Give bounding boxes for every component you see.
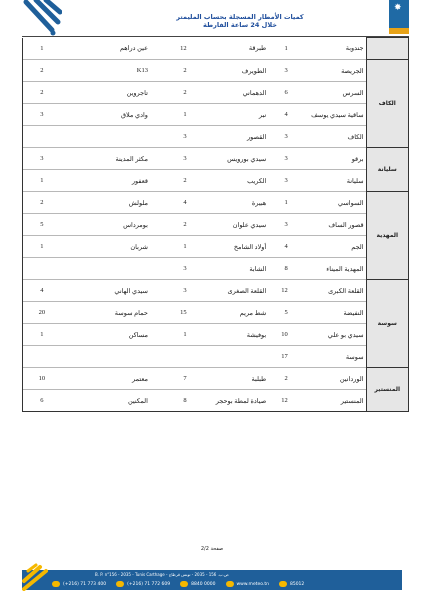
rainfall-value-cell: 20 [23, 302, 61, 324]
station-name-cell: الدهماني [189, 82, 269, 104]
rainfall-value-cell: 3 [268, 170, 289, 192]
fax-icon [116, 581, 124, 587]
station-name-cell: قصور الساف [290, 214, 366, 236]
station-name-cell: بوفيشة [189, 324, 269, 346]
table-row: سليانةبرقو3سيدي بورويس3مكثر المدينة3 [23, 148, 409, 170]
rainfall-value-cell: 7 [150, 368, 189, 390]
station-name-cell: سيدي الهاني [61, 280, 150, 302]
rainfall-value-cell: 1 [150, 324, 189, 346]
station-name-cell: تاجروين [61, 82, 150, 104]
station-name-cell: السرس [290, 82, 366, 104]
rainfall-value-cell: 12 [268, 390, 289, 412]
station-name-cell: جندوبة [290, 38, 366, 60]
station-name-cell: صيادة لمطة بوحجر [189, 390, 269, 412]
station-name-cell: حمام سوسة [61, 302, 150, 324]
footer-address: B. P. n°156 - 2035 - Tunis Carthage - ص.… [95, 572, 229, 577]
station-name-cell: شربان [61, 236, 150, 258]
table-row: المنستير12صيادة لمطة بوحجر8المكنين6 [23, 390, 409, 412]
rainfall-value-cell: 2 [150, 214, 189, 236]
region-cell: المهدية [366, 192, 408, 280]
station-name-cell: شط مريم [189, 302, 269, 324]
station-name-cell: سوسة [290, 346, 366, 368]
station-name-cell: الشابة [189, 258, 269, 280]
region-cell: المنستير [366, 368, 408, 412]
rainfall-value-cell: 5 [268, 302, 289, 324]
rainfall-value-cell: 2 [150, 60, 189, 82]
phone-icon [52, 581, 60, 587]
rainfall-value-cell [150, 346, 189, 368]
table-row: جندوبة1طبرقة12عين دراهم1 [23, 38, 409, 60]
table-row: النفيضة5شط مريم15حمام سوسة20 [23, 302, 409, 324]
rainfall-value-cell: 2 [150, 170, 189, 192]
region-cell [366, 38, 408, 60]
rainfall-value-cell: 3 [268, 148, 289, 170]
rainfall-value-cell: 10 [23, 368, 61, 390]
rainfall-value-cell: 15 [150, 302, 189, 324]
station-name-cell: سليانة [290, 170, 366, 192]
table-row: المهدية الميناء8الشابة3 [23, 258, 409, 280]
table-row: الكاف3القصور3 [23, 126, 409, 148]
station-name-cell: النفيضة [290, 302, 366, 324]
station-name-cell: برقو [290, 148, 366, 170]
station-name-cell: القلعة الكبرى [290, 280, 366, 302]
rainfall-value-cell: 8 [150, 390, 189, 412]
station-name-cell [61, 126, 150, 148]
hotline-icon [180, 581, 188, 587]
station-name-cell: السواسي [290, 192, 366, 214]
rainfall-value-cell: 3 [23, 104, 61, 126]
station-name-cell: قعفور [61, 170, 150, 192]
rainfall-value-cell [23, 126, 61, 148]
station-name-cell: وادي ملاق [61, 104, 150, 126]
rainfall-value-cell: 2 [23, 192, 61, 214]
page-number: صفحة 2/2 [0, 546, 424, 552]
table-row: قصور الساف3سيدي علوان2بومرداس5 [23, 214, 409, 236]
region-cell: الكاف [366, 60, 408, 148]
station-name-cell [61, 258, 150, 280]
rainfall-value-cell: 1 [268, 192, 289, 214]
station-name-cell: المنستير [290, 390, 366, 412]
station-name-cell: ساقية سيدي يوسف [290, 104, 366, 126]
rainfall-value-cell: 3 [150, 148, 189, 170]
station-name-cell [61, 346, 150, 368]
rainfall-value-cell: 3 [150, 280, 189, 302]
rainfall-value-cell: 4 [268, 236, 289, 258]
station-name-cell: K13 [61, 60, 150, 82]
contact-sms[interactable]: 85012 [279, 581, 304, 587]
station-name-cell: معتمر [61, 368, 150, 390]
rainfall-value-cell: 1 [150, 236, 189, 258]
rainfall-value-cell: 1 [150, 104, 189, 126]
station-name-cell: الكريب [189, 170, 269, 192]
table-row: ساقية سيدي يوسف4نبر1وادي ملاق3 [23, 104, 409, 126]
title-line-2: خلال 24 ساعة الفارطة [140, 21, 340, 29]
rainfall-value-cell: 17 [268, 346, 289, 368]
station-name-cell: المكنين [61, 390, 150, 412]
rainfall-value-cell: 1 [23, 236, 61, 258]
web-icon [226, 581, 234, 587]
station-name-cell: طبرقة [189, 38, 269, 60]
rainfall-value-cell: 4 [268, 104, 289, 126]
rainfall-value-cell: 4 [150, 192, 189, 214]
station-name-cell: هبيرة [189, 192, 269, 214]
station-name-cell: سيدي علوان [189, 214, 269, 236]
station-name-cell: نبر [189, 104, 269, 126]
station-name-cell: الوردانين [290, 368, 366, 390]
station-name-cell: الكاف [290, 126, 366, 148]
rainfall-value-cell: 3 [23, 148, 61, 170]
station-name-cell: طبلبة [189, 368, 269, 390]
table-row: سوسةالقلعة الكبرى12القلعة الصغرى3سيدي ال… [23, 280, 409, 302]
rainfall-value-cell: 6 [23, 390, 61, 412]
rainfall-value-cell: 3 [268, 60, 289, 82]
rainfall-value-cell: 2 [268, 368, 289, 390]
station-name-cell: أولاد الشامخ [189, 236, 269, 258]
station-name-cell: الجم [290, 236, 366, 258]
rainfall-value-cell: 1 [23, 324, 61, 346]
rainfall-value-cell: 8 [268, 258, 289, 280]
rainfall-value-cell: 1 [23, 38, 61, 60]
rainfall-value-cell: 3 [268, 126, 289, 148]
station-name-cell: مساكن [61, 324, 150, 346]
title-line-1: كميات الأمطار المسجلة بحساب المليمتر [140, 13, 340, 21]
table-row: الكافالجريصة3الطويرف2K132 [23, 60, 409, 82]
table-row: المنستيرالوردانين2طبلبة7معتمر10 [23, 368, 409, 390]
station-name-cell [189, 346, 269, 368]
rainfall-value-cell: 1 [23, 170, 61, 192]
station-name-cell: سيدي بو علي [290, 324, 366, 346]
region-cell: سليانة [366, 148, 408, 192]
institute-emblem-logo: ✸ [389, 0, 409, 34]
table-row: السرس6الدهماني2تاجروين2 [23, 82, 409, 104]
emblem-band [389, 28, 409, 34]
table-row: سوسة17 [23, 346, 409, 368]
contact-fax[interactable]: (+216) 71 772 609 [116, 581, 170, 587]
rainfall-value-cell: 12 [150, 38, 189, 60]
rainfall-value-cell: 6 [268, 82, 289, 104]
rainfall-value-cell: 3 [268, 214, 289, 236]
station-name-cell: عين دراهم [61, 38, 150, 60]
rainfall-table: جندوبة1طبرقة12عين دراهم1الكافالجريصة3الط… [22, 37, 409, 412]
contact-hotline[interactable]: 8840 0000 [180, 581, 215, 587]
rainfall-value-cell [23, 258, 61, 280]
station-name-cell: المهدية الميناء [290, 258, 366, 280]
rainfall-value-cell: 2 [150, 82, 189, 104]
station-name-cell: بومرداس [61, 214, 150, 236]
contact-website[interactable]: www.meteo.tn [226, 581, 269, 587]
table-row: سليانة3الكريب2قعفور1 [23, 170, 409, 192]
page-title: كميات الأمطار المسجلة بحساب المليمتر خلا… [140, 13, 340, 29]
rainfall-value-cell: 10 [268, 324, 289, 346]
brand-stripes-logo [22, 0, 62, 36]
rainfall-value-cell: 2 [23, 60, 61, 82]
station-name-cell: ملولش [61, 192, 150, 214]
rainfall-value-cell: 3 [150, 126, 189, 148]
rainfall-value-cell: 4 [23, 280, 61, 302]
station-name-cell: الطويرف [189, 60, 269, 82]
station-name-cell: سيدي بورويس [189, 148, 269, 170]
rainfall-value-cell [23, 346, 61, 368]
rainfall-value-cell: 2 [23, 82, 61, 104]
footer-contacts: (+216) 71 773 400 (+216) 71 772 609 8840… [52, 581, 304, 587]
station-name-cell: القصور [189, 126, 269, 148]
station-name-cell: مكثر المدينة [61, 148, 150, 170]
station-name-cell: القلعة الصغرى [189, 280, 269, 302]
station-name-cell: الجريصة [290, 60, 366, 82]
table-row: سيدي بو علي10بوفيشة1مساكن1 [23, 324, 409, 346]
contact-phone[interactable]: (+216) 71 773 400 [52, 581, 106, 587]
region-cell: سوسة [366, 280, 408, 368]
star-emblem-icon: ✸ [394, 4, 402, 13]
rainfall-value-cell: 5 [23, 214, 61, 236]
rainfall-value-cell: 3 [150, 258, 189, 280]
table-row: الجم4أولاد الشامخ1شربان1 [23, 236, 409, 258]
rainfall-value-cell: 1 [268, 38, 289, 60]
table-row: المهديةالسواسي1هبيرة4ملولش2 [23, 192, 409, 214]
rainfall-value-cell: 12 [268, 280, 289, 302]
sms-icon [279, 581, 287, 587]
